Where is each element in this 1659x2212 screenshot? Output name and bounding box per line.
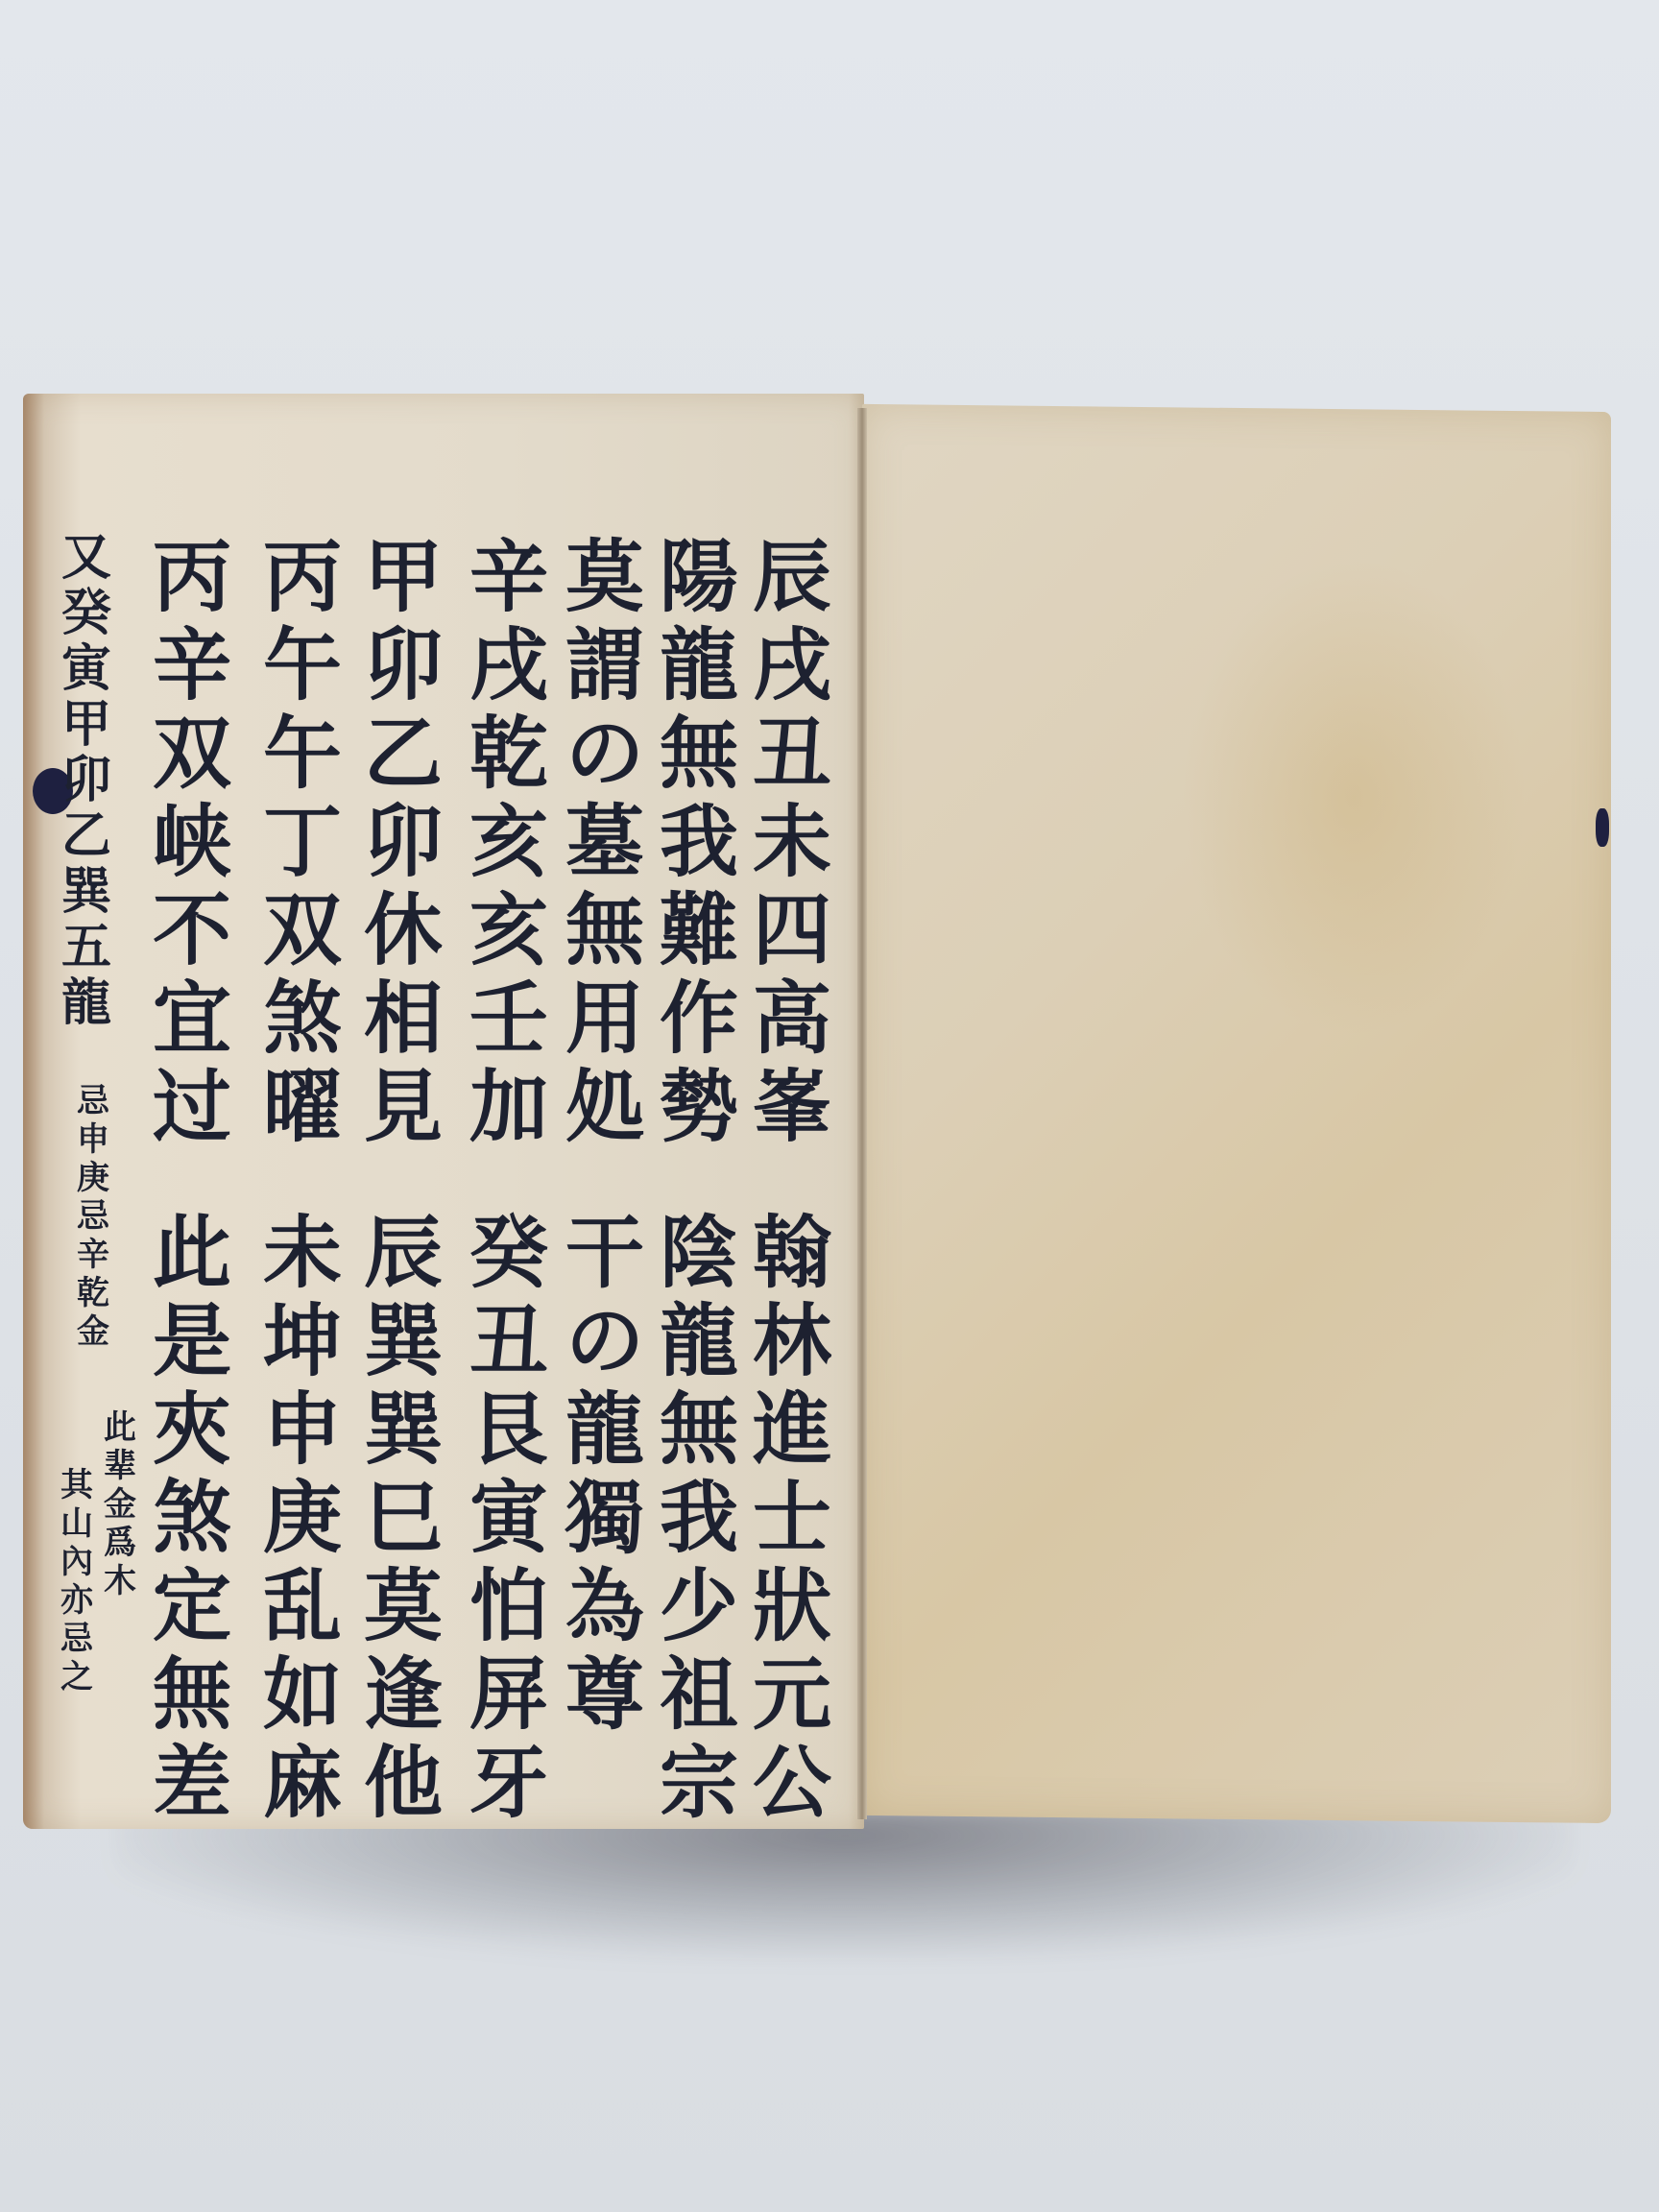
- glyph: 巳: [364, 1479, 443, 1567]
- column-top-phrase: 莫謂の墓無用処: [565, 538, 644, 1156]
- glyph: 亥: [469, 891, 548, 979]
- glyph: 乱: [263, 1567, 342, 1655]
- glyph: 林: [753, 1302, 831, 1390]
- glyph: 逢: [364, 1655, 443, 1743]
- text-column-6: 丙午午丁双煞曜 未坤申庚乱如麻: [245, 538, 360, 1832]
- text-column-7: 丙辛双峡不宜过 此是夾煞定無差: [134, 538, 250, 1832]
- glyph: 為: [565, 1567, 644, 1655]
- glyph: 龍: [660, 1302, 738, 1390]
- glyph: 又: [61, 533, 111, 589]
- glyph: 巽: [61, 867, 111, 923]
- glyph: 莫: [565, 538, 644, 626]
- glyph: 卯: [364, 626, 443, 714]
- glyph: 卯: [61, 756, 111, 811]
- glyph: 辛: [469, 538, 548, 626]
- glyph: 丙: [153, 538, 231, 626]
- glyph: 陽: [660, 538, 738, 626]
- column-top-phrase: 辰戌丑未四高峯: [753, 538, 831, 1156]
- glyph: 巽: [364, 1390, 443, 1479]
- glyph: 屏: [469, 1655, 548, 1743]
- column-bottom-phrase: 干の龍獨為尊: [565, 1214, 644, 1743]
- glyph: 丑: [469, 1302, 548, 1390]
- glyph: 我: [660, 803, 738, 891]
- glyph: 莫: [364, 1567, 443, 1655]
- glyph: 其: [60, 1469, 93, 1507]
- text-column-4: 辛戌乾亥亥壬加 癸丑艮寅怕屏牙: [451, 538, 566, 1832]
- glyph: 尊: [565, 1655, 644, 1743]
- glyph: 定: [153, 1567, 231, 1655]
- glyph: 木: [104, 1565, 136, 1603]
- glyph: 庚: [77, 1162, 109, 1200]
- glyph: 干: [565, 1214, 644, 1302]
- glyph: 內: [60, 1546, 93, 1584]
- glyph: 公: [753, 1743, 831, 1832]
- glyph: 用: [565, 979, 644, 1068]
- glyph: 癸: [469, 1214, 548, 1302]
- glyph: 忌: [60, 1623, 93, 1661]
- glyph: 巽: [364, 1302, 443, 1390]
- glyph: 麻: [263, 1743, 342, 1832]
- ink-blot: [1596, 808, 1609, 847]
- glyph: 峡: [153, 803, 231, 891]
- text-column-5: 甲卯乙卯休相見 辰巽巽巳莫逢他: [346, 538, 461, 1832]
- glyph: 龍: [565, 1390, 644, 1479]
- glyph: 亥: [469, 803, 548, 891]
- column-bottom-phrase: 未坤申庚乱如麻: [263, 1214, 342, 1832]
- glyph: 午: [263, 714, 342, 803]
- glyph: 戌: [469, 626, 548, 714]
- glyph: 宗: [660, 1743, 738, 1832]
- glyph: 休: [364, 891, 443, 979]
- glyph: 丑: [753, 714, 831, 803]
- glyph: 是: [153, 1302, 231, 1390]
- glyph: 乙: [61, 811, 111, 867]
- glyph: 無: [565, 891, 644, 979]
- glyph: の: [565, 714, 644, 803]
- glyph: 辛: [153, 626, 231, 714]
- column-top-phrase: 丙午午丁双煞曜: [263, 538, 342, 1156]
- glyph: 午: [263, 626, 342, 714]
- glyph: 之: [60, 1661, 93, 1699]
- glyph: 亦: [60, 1584, 93, 1623]
- glyph: 艮: [469, 1390, 548, 1479]
- column-top-phrase: 丙辛双峡不宜过: [153, 538, 231, 1156]
- glyph: 龍: [61, 978, 111, 1034]
- glyph: 牙: [469, 1743, 548, 1832]
- glyph: 申: [263, 1390, 342, 1479]
- glyph: 申: [77, 1123, 109, 1162]
- glyph: 怕: [469, 1567, 548, 1655]
- glyph: 四: [753, 891, 831, 979]
- glyph: 加: [469, 1068, 548, 1156]
- glyph: 煞: [263, 979, 342, 1068]
- glyph: 双: [263, 891, 342, 979]
- glyph: 狀: [753, 1567, 831, 1655]
- glyph: 丁: [263, 803, 342, 891]
- glyph: 乙: [364, 714, 443, 803]
- glyph: 高: [753, 979, 831, 1068]
- glyph: 未: [263, 1214, 342, 1302]
- glyph: 山: [60, 1507, 93, 1546]
- glyph: 不: [153, 891, 231, 979]
- glyph: 墓: [565, 803, 644, 891]
- open-book: 辰戌丑未四高峯 翰林進士狀元公 陽龍無我難作勢 陰龍無我少祖宗 莫謂の墓無用処 …: [0, 0, 1659, 2212]
- glyph: 如: [263, 1655, 342, 1743]
- annotation-sub-text: 忌申庚忌辛乾金: [77, 1085, 109, 1354]
- column-bottom-phrase: 此是夾煞定無差: [153, 1214, 231, 1832]
- glyph: 煞: [153, 1479, 231, 1567]
- glyph: 辰: [753, 538, 831, 626]
- glyph: 見: [364, 1068, 443, 1156]
- glyph: 処: [565, 1068, 644, 1156]
- glyph: 勢: [660, 1068, 738, 1156]
- glyph: 乾: [77, 1277, 109, 1315]
- glyph: 金: [77, 1315, 109, 1354]
- annotation-column: 又癸寅甲卯乙巽五龍: [43, 533, 130, 1034]
- glyph: 寅: [469, 1479, 548, 1567]
- glyph: 夾: [153, 1390, 231, 1479]
- glyph: 爲: [104, 1527, 136, 1565]
- column-bottom-phrase: 癸丑艮寅怕屏牙: [469, 1214, 548, 1832]
- glyph: 卯: [364, 803, 443, 891]
- glyph: 士: [753, 1479, 831, 1567]
- glyph: 陰: [660, 1214, 738, 1302]
- column-top-phrase: 辛戌乾亥亥壬加: [469, 538, 548, 1156]
- glyph: 宜: [153, 979, 231, 1068]
- glyph: 忌: [77, 1085, 109, 1123]
- glyph: 过: [153, 1068, 231, 1156]
- book-spine: [857, 408, 867, 1819]
- glyph: 無: [660, 714, 738, 803]
- column-bottom-phrase: 翰林進士狀元公: [753, 1214, 831, 1832]
- annotation-sub-a: 忌申庚忌辛乾金: [60, 1085, 127, 1354]
- glyph: 少: [660, 1567, 738, 1655]
- glyph: 辰: [364, 1214, 443, 1302]
- glyph: 五: [61, 923, 111, 978]
- glyph: 相: [364, 979, 443, 1068]
- annotation-sub-c: 其山內亦忌之: [53, 1469, 101, 1699]
- glyph: 峯: [753, 1068, 831, 1156]
- glyph: 無: [660, 1390, 738, 1479]
- paper-stain: [1181, 557, 1527, 1037]
- glyph: 翰: [753, 1214, 831, 1302]
- glyph: 甲: [61, 700, 111, 756]
- glyph: 我: [660, 1479, 738, 1567]
- glyph: 坤: [263, 1302, 342, 1390]
- glyph: 壬: [469, 979, 548, 1068]
- glyph: 寅: [61, 644, 111, 700]
- glyph: 辈: [104, 1450, 136, 1488]
- glyph: 金: [104, 1488, 136, 1527]
- glyph: 無: [153, 1655, 231, 1743]
- glyph: 庚: [263, 1479, 342, 1567]
- column-top-phrase: 陽龍無我難作勢: [660, 538, 738, 1156]
- annotation-main: 又癸寅甲卯乙巽五龍: [61, 533, 111, 1034]
- annotation-sub-text: 此辈金爲木: [104, 1411, 136, 1603]
- glyph: 癸: [61, 589, 111, 644]
- glyph: 此: [153, 1214, 231, 1302]
- glyph: 未: [753, 803, 831, 891]
- column-bottom-phrase: 陰龍無我少祖宗: [660, 1214, 738, 1832]
- glyph: 双: [153, 714, 231, 803]
- glyph: 進: [753, 1390, 831, 1479]
- annotation-sub-text: 其山內亦忌之: [60, 1469, 93, 1699]
- glyph: 元: [753, 1655, 831, 1743]
- glyph: 此: [104, 1411, 136, 1450]
- glyph: 獨: [565, 1479, 644, 1567]
- glyph: 他: [364, 1743, 443, 1832]
- glyph: 丙: [263, 538, 342, 626]
- glyph: 謂: [565, 626, 644, 714]
- column-top-phrase: 甲卯乙卯休相見: [364, 538, 443, 1156]
- glyph: 忌: [77, 1200, 109, 1238]
- glyph: 差: [153, 1743, 231, 1832]
- column-bottom-phrase: 辰巽巽巳莫逢他: [364, 1214, 443, 1832]
- glyph: の: [565, 1302, 644, 1390]
- glyph: 辛: [77, 1238, 109, 1277]
- glyph: 龍: [660, 626, 738, 714]
- glyph: 難: [660, 891, 738, 979]
- glyph: 甲: [364, 538, 443, 626]
- glyph: 祖: [660, 1655, 738, 1743]
- glyph: 作: [660, 979, 738, 1068]
- glyph: 曜: [263, 1068, 342, 1156]
- glyph: 乾: [469, 714, 548, 803]
- glyph: 戌: [753, 626, 831, 714]
